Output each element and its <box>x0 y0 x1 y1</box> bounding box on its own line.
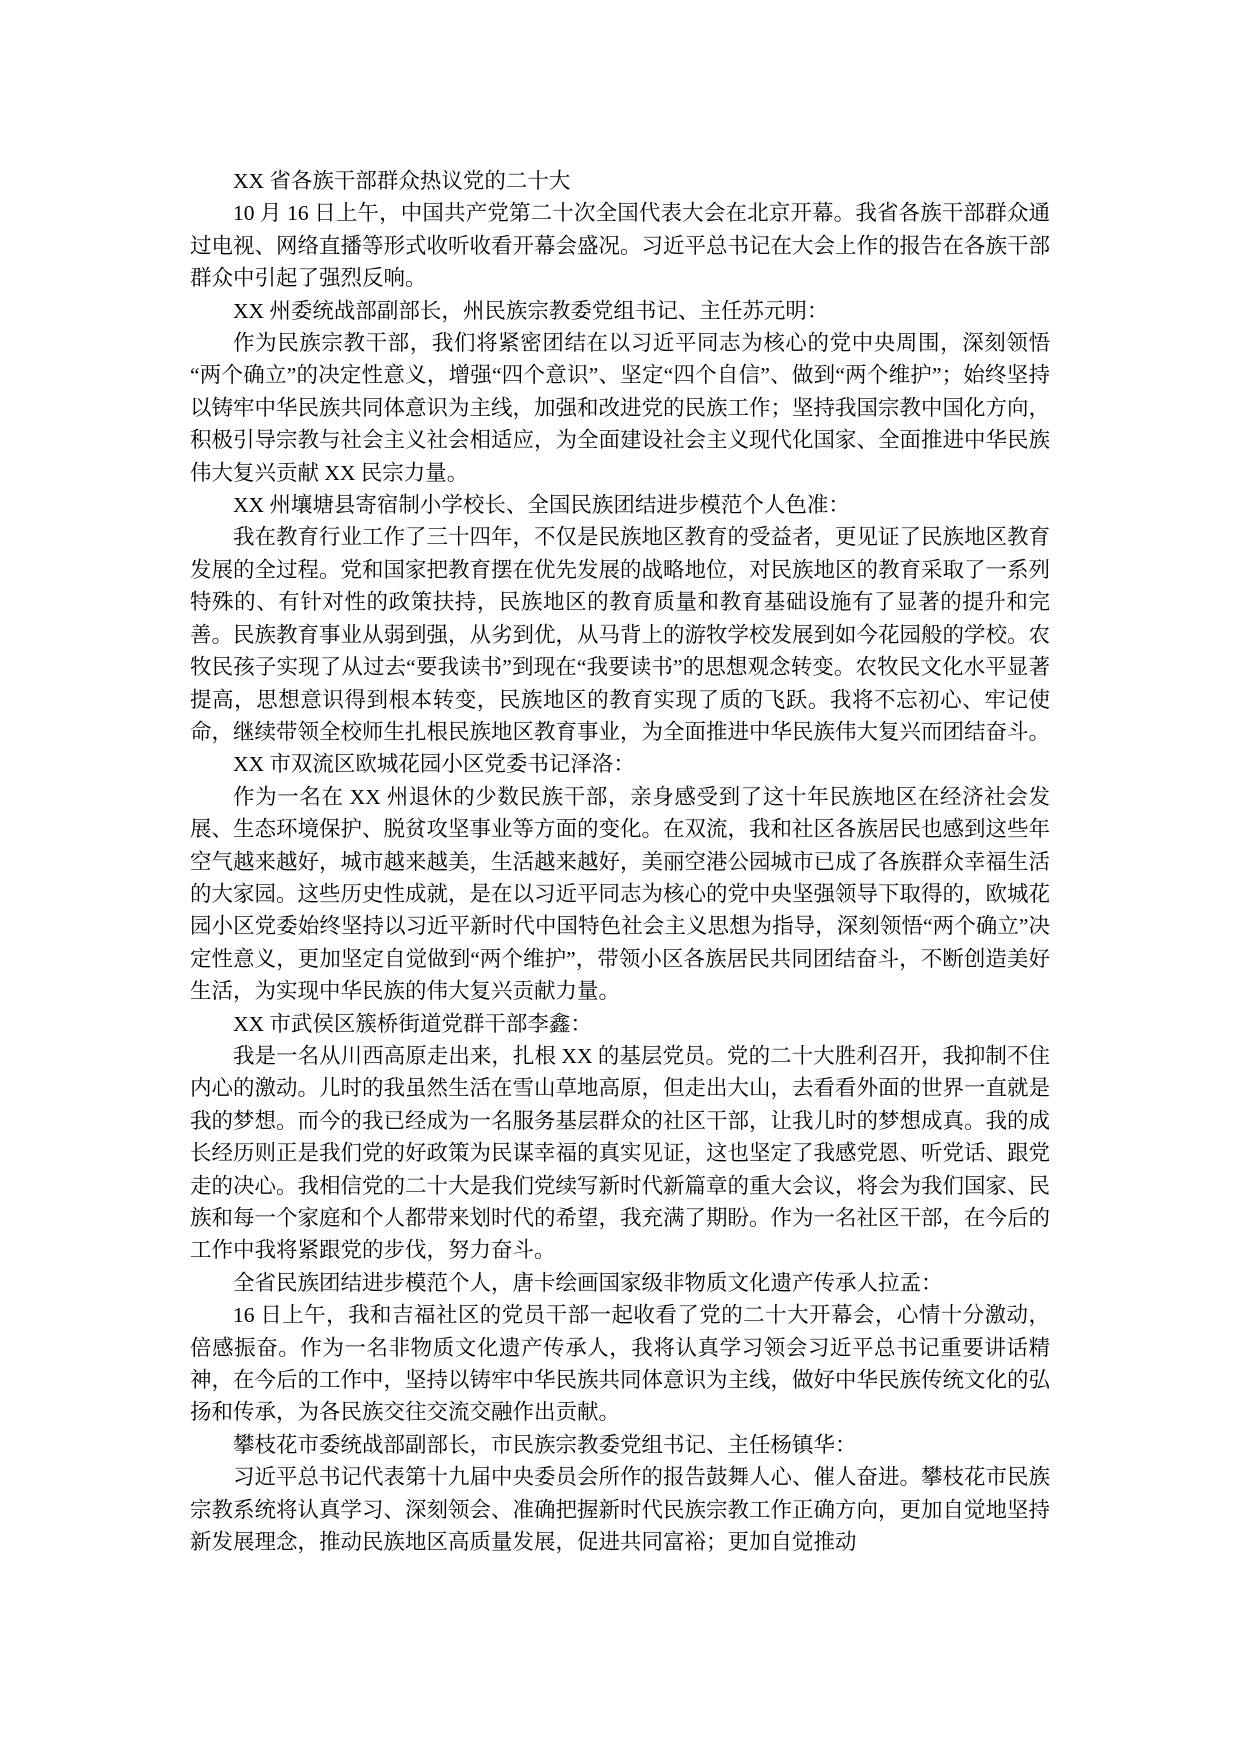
speaker-2-heading: XX 州壤塘县寄宿制小学校长、全国民族团结进步模范个人色准： <box>190 489 1050 521</box>
speaker-1-quote: 作为民族宗教干部，我们将紧密团结在以习近平同志为核心的党中央周围，深刻领悟“两个… <box>190 327 1050 489</box>
speaker-6-heading: 攀枝花市委统战部副部长，市民族宗教委党组书记、主任杨镇华： <box>190 1429 1050 1461</box>
doc-title: XX 省各族干部群众热议党的二十大 <box>190 165 1050 197</box>
speaker-6-quote: 习近平总书记代表第十九届中央委员会所作的报告鼓舞人心、催人奋进。攀枝花市民族宗教… <box>190 1461 1050 1558</box>
speaker-5-heading: 全省民族团结进步模范个人，唐卡绘画国家级非物质文化遗产传承人拉孟： <box>190 1267 1050 1299</box>
speaker-3-quote: 作为一名在 XX 州退休的少数民族干部，亲身感受到了这十年民族地区在经济社会发展… <box>190 781 1050 1008</box>
document-page: XX 省各族干部群众热议党的二十大 10 月 16 日上午，中国共产党第二十次全… <box>0 0 1240 1754</box>
speaker-4-heading: XX 市武侯区簇桥街道党群干部李鑫： <box>190 1008 1050 1040</box>
intro-paragraph: 10 月 16 日上午，中国共产党第二十次全国代表大会在北京开幕。我省各族干部群… <box>190 197 1050 294</box>
speaker-4-quote: 我是一名从川西高原走出来，扎根 XX 的基层党员。党的二十大胜利召开，我抑制不住… <box>190 1040 1050 1267</box>
speaker-1-heading: XX 州委统战部副部长，州民族宗教委党组书记、主任苏元明： <box>190 295 1050 327</box>
speaker-5-quote: 16 日上午，我和吉福社区的党员干部一起收看了党的二十大开幕会，心情十分激动，倍… <box>190 1299 1050 1429</box>
speaker-3-heading: XX 市双流区欧城花园小区党委书记泽洛： <box>190 748 1050 780</box>
speaker-2-quote: 我在教育行业工作了三十四年，不仅是民族地区教育的受益者，更见证了民族地区教育发展… <box>190 521 1050 748</box>
